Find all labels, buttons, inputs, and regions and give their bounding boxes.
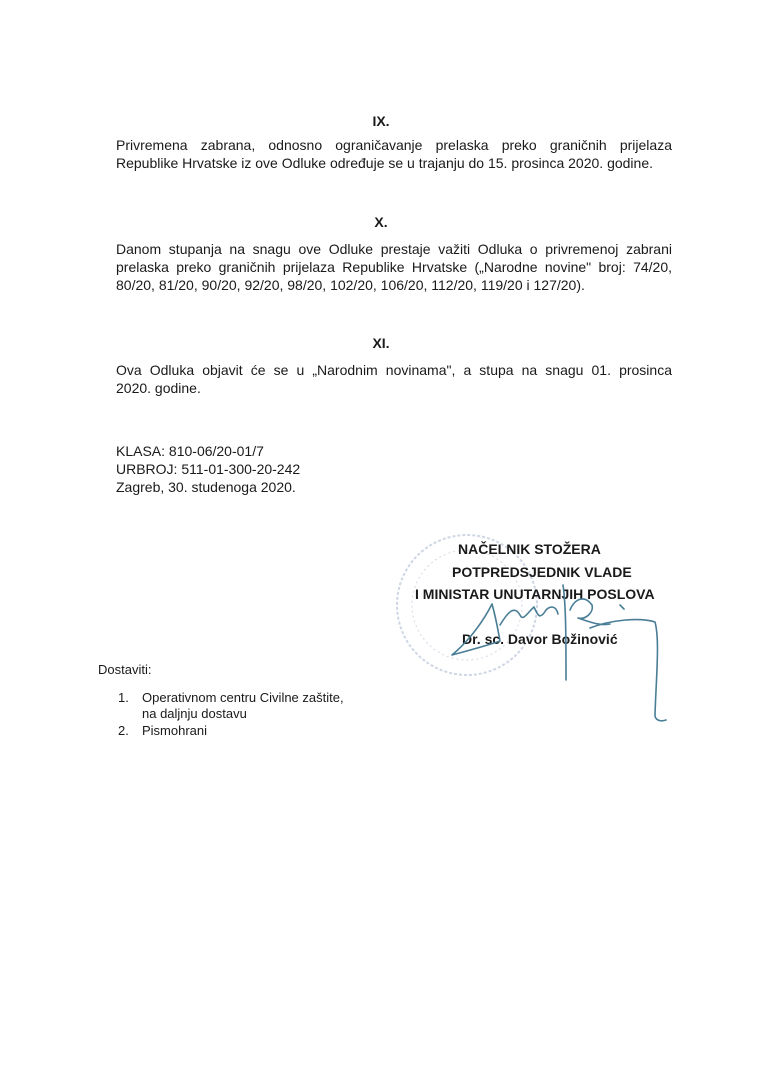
klasa: KLASA: 810-06/20-01/7 <box>116 442 264 460</box>
section-heading-xi: XI. <box>0 335 762 351</box>
signature-title-1: NAČELNIK STOŽERA <box>458 540 601 559</box>
list-item: 2. Pismohrani <box>118 723 344 739</box>
urbroj: URBROJ: 511-01-300-20-242 <box>116 460 300 478</box>
signature-title-3: I MINISTAR UNUTARNJIH POSLOVA <box>415 585 655 604</box>
section-x-line-1: Danom stupanja na snagu ove Odluke prest… <box>116 240 672 258</box>
list-item-text: na daljnju dostavu <box>142 706 247 722</box>
list-item-text: Pismohrani <box>142 723 207 739</box>
signatory-name: Dr. sc. Davor Božinović <box>462 630 618 649</box>
section-xi-line-1: Ova Odluka objavit će se u „Narodnim nov… <box>116 361 672 379</box>
list-item-continuation: na daljnju dostavu <box>118 706 344 722</box>
delivery-list: 1. Operativnom centru Civilne zaštite, n… <box>118 690 344 739</box>
list-item-number: 2. <box>118 723 142 739</box>
section-heading-ix: IX. <box>0 113 762 129</box>
delivery-label: Dostaviti: <box>98 662 151 678</box>
section-ix-line-2: Republike Hrvatske iz ove Odluke određuj… <box>116 154 672 172</box>
section-x-line-2: prelaska preko graničnih prijelaza Repub… <box>116 258 672 276</box>
document-page: IX. Privremena zabrana, odnosno ograniča… <box>0 0 762 1080</box>
list-item-number: 1. <box>118 690 142 706</box>
signature-title-2: POTPREDSJEDNIK VLADE <box>452 563 632 582</box>
section-x-line-3: 80/20, 81/20, 90/20, 92/20, 98/20, 102/2… <box>116 276 672 294</box>
section-ix-line-1: Privremena zabrana, odnosno ograničavanj… <box>116 136 672 154</box>
section-xi-line-2: 2020. godine. <box>116 379 672 397</box>
list-item: 1. Operativnom centru Civilne zaštite, <box>118 690 344 706</box>
section-heading-x: X. <box>0 214 762 230</box>
place-date: Zagreb, 30. studenoga 2020. <box>116 478 296 496</box>
list-item-text: Operativnom centru Civilne zaštite, <box>142 690 344 706</box>
